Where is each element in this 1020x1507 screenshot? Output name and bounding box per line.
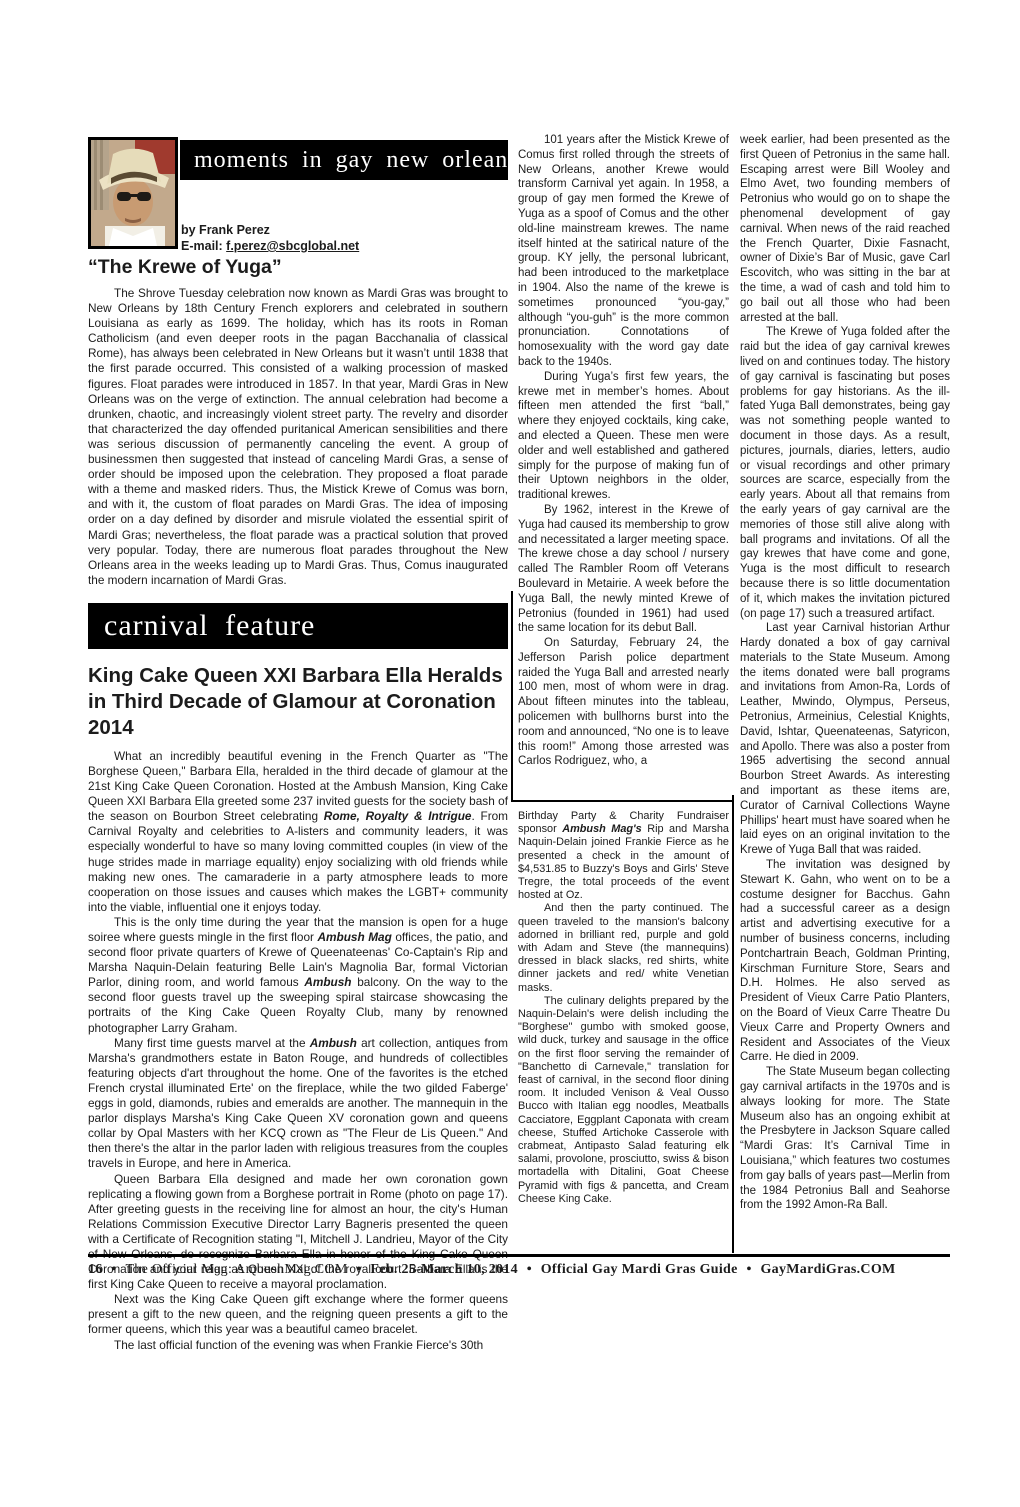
horizontal-rule-middle — [511, 800, 733, 802]
footer-guide: Official Gay Mardi Gras Guide — [541, 1262, 738, 1277]
footer-page-number: 16 — [88, 1262, 103, 1277]
paragraph: The Shrove Tuesday celebration now known… — [88, 286, 508, 588]
carnival-feature-bar: carnival feature — [88, 603, 508, 649]
footer-separator: • — [106, 1262, 121, 1277]
footer-separator: • — [741, 1262, 756, 1277]
vertical-rule-right — [732, 795, 734, 1253]
paragraph: Many first time guests marvel at the Amb… — [88, 1036, 508, 1172]
email-label: E-mail: — [181, 239, 223, 253]
carnival-feature-label: carnival feature — [104, 609, 315, 643]
paragraph: The last official function of the evenin… — [88, 1338, 508, 1353]
paragraph: By 1962, interest in the Krewe of Yuga h… — [518, 503, 729, 636]
byline-email-row: E-mail: f.perez@sbcglobal.net — [181, 238, 359, 254]
yuga-article-right-text: week earlier, had been presented as the … — [740, 133, 950, 1255]
yuga-article-title: “The Krewe of Yuga” — [88, 256, 508, 279]
paragraph: The Krewe of Yuga folded after the raid … — [740, 325, 950, 621]
carnival-article-middle-text: Birthday Party & Charity Fundraiser spon… — [518, 810, 729, 1252]
paragraph: And then the party continued. The queen … — [518, 902, 729, 994]
paragraph: The State Museum began collecting gay ca… — [740, 1065, 950, 1213]
footer-site: GayMardiGras.COM — [760, 1262, 895, 1277]
vertical-rule-left — [511, 591, 513, 801]
paragraph: During Yuga’s first few years, the krewe… — [518, 370, 729, 503]
left-column: “The Krewe of Yuga” The Shrove Tuesday c… — [88, 256, 508, 1353]
columnist-photo — [88, 137, 178, 249]
byline-block: by Frank Perez E-mail: f.perez@sbcglobal… — [181, 222, 359, 254]
paragraph: 101 years after the Mistick Krewe of Com… — [518, 133, 729, 370]
footer-rule — [88, 1254, 950, 1257]
paragraph: Next was the King Cake Queen gift exchan… — [88, 1292, 508, 1337]
paragraph: The invitation was designed by Stewart K… — [740, 858, 950, 1065]
paragraph: week earlier, had been presented as the … — [740, 133, 950, 325]
yuga-article-middle-text: 101 years after the Mistick Krewe of Com… — [518, 133, 729, 797]
footer-separator: • — [351, 1262, 366, 1277]
carnival-article-title: King Cake Queen XXI Barbara Ella Heralds… — [88, 663, 508, 741]
footer-date: Feb. 25-March 10, 2014 — [370, 1262, 518, 1277]
email-link[interactable]: f.perez@sbcglobal.net — [226, 239, 359, 253]
paragraph: On Saturday, February 24, the Jefferson … — [518, 636, 729, 769]
paragraph: What an incredibly beautiful evening in … — [88, 749, 508, 915]
column-title-bar: moments in gay new orleans history — [180, 140, 508, 180]
paragraph: This is the only time during the year th… — [88, 915, 508, 1036]
byline-author: by Frank Perez — [181, 222, 359, 238]
footer-separator: • — [522, 1262, 537, 1277]
page-footer: 16 • The Official Mag: AmbushMag.COM • F… — [88, 1262, 950, 1278]
paragraph: Last year Carnival historian Arthur Hard… — [740, 621, 950, 858]
columnist-photo-image — [91, 140, 175, 246]
paragraph: The culinary delights prepared by the Na… — [518, 995, 729, 1206]
footer-mag-title: The Official Mag: AmbushMag.COM — [125, 1262, 347, 1277]
magazine-page: moments in gay new orleans history by Fr… — [0, 0, 1020, 1507]
yuga-article-left-text: The Shrove Tuesday celebration now known… — [88, 286, 508, 588]
paragraph: Birthday Party & Charity Fundraiser spon… — [518, 810, 729, 902]
